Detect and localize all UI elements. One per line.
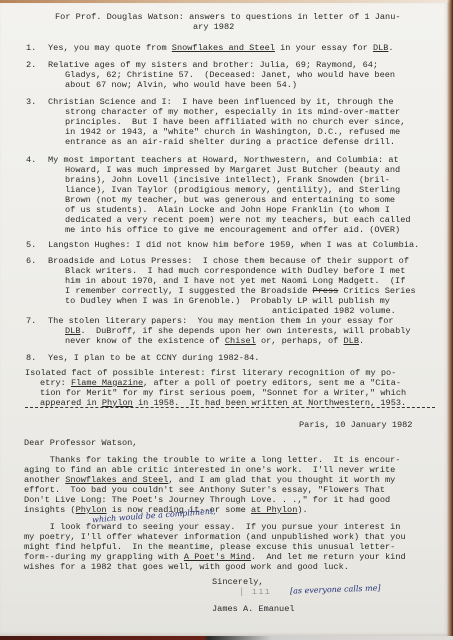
section-divider — [25, 407, 435, 408]
answer-5-number: 5. — [26, 240, 36, 250]
paper-right-edge — [447, 0, 453, 640]
background-edge — [0, 636, 453, 640]
answer-2-line-3: about 67 now; Alvin, who would have been… — [65, 80, 297, 90]
isolated-fact-line-1: Isolated fact of possible interest: firs… — [25, 368, 396, 378]
answer-8-text: Yes, I plan to be at CCNY during 1982-84… — [48, 353, 259, 363]
answer-3-line-5: entrance as an air-raid shelter during a… — [65, 137, 395, 147]
handwritten-note: [as everyone calls me] — [290, 583, 381, 596]
salutation: Dear Professor Watson, — [24, 438, 137, 448]
answer-4-line-6: of us students). Alain Locke and John Ho… — [65, 205, 390, 215]
para1-line-2: aging to find an able critic interested … — [24, 465, 395, 475]
answer-3-number: 3. — [26, 97, 36, 107]
answer-4-line-2: Howard, I was much impressed by Margaret… — [65, 165, 400, 175]
dateline: Paris, 10 January 1982 — [299, 420, 412, 430]
answer-3-line-4: in 1942 or 1943, a "white" church in Was… — [65, 127, 400, 137]
answer-6-line-2: Black writers. I had much correspondence… — [65, 266, 405, 276]
answer-6-number: 6. — [26, 256, 36, 266]
para1-line-5: Don't Live Long: The Poet's Journey Thro… — [24, 495, 390, 505]
para2-line-2: my poetry, I'll offer whatever informati… — [24, 532, 406, 542]
answer-7-line-2: DLB. DuBroff, if she depends upon her ow… — [65, 326, 411, 336]
para1-line-3: another Snowflakes and Steel, and I am g… — [24, 475, 395, 485]
answer-2-line-2: Gladys, 62; Christine 57. (Deceased: Jan… — [65, 70, 395, 80]
answer-7-number: 7. — [26, 316, 36, 326]
answer-1-number: 1. — [26, 43, 36, 53]
header-line-2: ary 1982 — [193, 22, 234, 32]
faint-signature-mark: | ııı — [239, 587, 271, 597]
answer-6-line-6: anticipated 1982 volume. — [272, 306, 396, 316]
para1-line-1: Thanks for taking the trouble to write a… — [24, 455, 400, 465]
para2-line-3: might find helpful. In the meantime, ple… — [24, 542, 395, 552]
answer-4-line-4: liance), Ivan Taylor (prodigious memory,… — [65, 185, 400, 195]
isolated-fact-line-3: tion for Merit" for my first serious poe… — [40, 388, 406, 398]
answer-7-line-3: never know of the existence of Chisel or… — [65, 336, 364, 346]
answer-3-line-3: principles. But I have been affiliated w… — [65, 117, 405, 127]
answer-6-line-3: him in about 1970, and I have not yet me… — [65, 276, 405, 286]
answer-8-number: 8. — [26, 353, 36, 363]
answer-4-line-3: brains), John Lovell (incisive intellect… — [65, 175, 390, 185]
isolated-fact-line-2: etry: Flame Magazine, after a poll of po… — [40, 378, 401, 388]
answer-5-text: Langston Hughes: I did not know him befo… — [48, 240, 419, 250]
para2-line-5: wishes for a 1982 that goes well, with g… — [24, 562, 349, 572]
answer-6-line-4: I remember correctly, I suggested the Br… — [65, 286, 416, 296]
answer-7-line-1: The stolen literary papers: You may ment… — [48, 316, 394, 326]
para1-line-4: effort. Too bad you couldn't see Anthony… — [24, 485, 385, 495]
answer-3-line-1: Christian Science and I: I have been inf… — [48, 97, 394, 107]
paper-top-edge — [0, 0, 453, 3]
closing: Sincerely, — [212, 577, 264, 587]
header-line-1: For Prof. Douglas Watson: answers to que… — [55, 12, 401, 22]
answer-6-line-1: Broadside and Lotus Presses: I chose the… — [48, 256, 409, 266]
answer-4-line-5: Brown (not my teacher, but was generous … — [65, 195, 395, 205]
typed-letter-page: For Prof. Douglas Watson: answers to que… — [0, 0, 451, 636]
answer-2-number: 2. — [26, 60, 36, 70]
answer-4-number: 4. — [26, 155, 36, 165]
answer-4-line-7: dedicated a very recent poem) were not m… — [65, 215, 411, 225]
para2-line-1: I look forward to seeing your essay. If … — [24, 522, 400, 532]
para2-line-4: form--during my grappling with A Poet's … — [24, 552, 406, 562]
answer-3-line-2: strong character of my mother, especiall… — [65, 107, 400, 117]
answer-2-line-1: Relative ages of my sisters and brother:… — [48, 60, 378, 70]
answer-1-text: Yes, you may quote from Snowflakes and S… — [48, 43, 394, 53]
signature: James A. Emanuel — [212, 604, 295, 614]
answer-4-line-8: me into his office to give me encouragem… — [65, 225, 400, 235]
answer-6-line-5: to Dudley when I was in Grenoble.) Proba… — [65, 296, 390, 306]
answer-4-line-1: My most important teachers at Howard, No… — [48, 155, 399, 165]
